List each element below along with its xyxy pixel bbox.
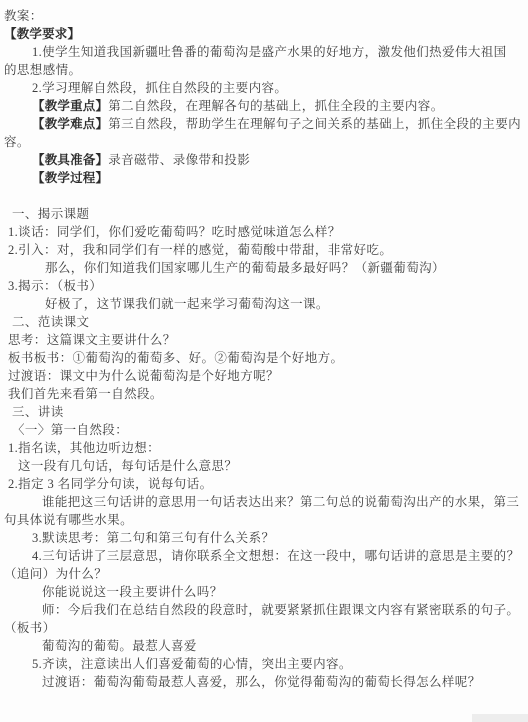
line-text: 过渡语：葡萄沟葡萄最惹人喜爱，那么，你觉得葡萄沟的葡萄长得怎么样呢？ [42, 675, 481, 689]
line-text: 一、揭示课题 [12, 207, 89, 221]
line-text: 4.三句话讲了三层意思，请你联系全文想想：在这一段中，哪句话讲的意思是主要的？ [32, 549, 519, 563]
doc-line: 三、讲读 [0, 403, 528, 421]
line-text: 1.指名读，其他边听边想： [8, 441, 160, 455]
doc-line: 的思想感情。 [0, 61, 528, 79]
doc-line: 过渡语：课文中为什么说葡萄沟是个好地方呢？ [0, 367, 528, 385]
line-text: 师：今后我们在总结自然段的段意时，就要紧紧抓住跟课文内容有紧密联系的句子。 [42, 603, 519, 617]
doc-line: （板书） [0, 619, 528, 637]
doc-line: 容。 [0, 133, 528, 151]
doc-line: 这一段有几句话，每句话是什么意思？ [0, 457, 528, 475]
doc-line: 3.揭示：（板书） [0, 277, 528, 295]
doc-line: 板书板书：①葡萄沟的葡萄多、好。②葡萄沟是个好地方。 [0, 349, 528, 367]
section-label: 【教具准备】 [32, 153, 108, 167]
section-label: 【教学难点】 [32, 117, 108, 131]
doc-line: 教案： [0, 7, 528, 25]
doc-line: 葡萄沟的葡萄。最惹人喜爱 [0, 637, 528, 655]
doc-line: 那么，你们知道我们国家哪儿生产的葡萄最多最好吗？（新疆葡萄沟） [0, 259, 528, 277]
doc-line: 谁能把这三句话讲的意思用一句话表达出来？第二句总的说葡萄沟出产的水果，第三 [0, 493, 528, 511]
line-text: 句具体说有哪些水果。 [4, 513, 133, 527]
line-text: 第二自然段，在理解各句的基础上，抓住全段的主要内容。 [108, 99, 443, 113]
doc-line: （追问）为什么？ [0, 565, 528, 583]
doc-line: 1.使学生知道我国新疆吐鲁番的葡萄沟是盛产水果的好地方，激发他们热爱伟大祖国 [0, 43, 528, 61]
line-text: 的思想感情。 [4, 63, 81, 77]
doc-line: 我们首先来看第一自然段。 [0, 385, 528, 403]
line-text: 葡萄沟的葡萄。最惹人喜爱 [42, 639, 197, 653]
doc-line: 二、范读课文 [0, 313, 528, 331]
line-text: 3.揭示：（板书） [8, 279, 102, 293]
line-text: 第三自然段，帮助学生在理解句子之间关系的基础上，抓住全段的主要内 [108, 117, 521, 131]
scan-artifact [472, 714, 528, 722]
line-text: 你能说说这一段主要讲什么吗？ [42, 585, 223, 599]
line-text: （追问）为什么？ [4, 567, 107, 581]
doc-line [0, 187, 528, 205]
doc-line-heading: 【教具准备】录音磁带、录像带和投影 [0, 151, 528, 169]
line-text: 5.齐读，注意读出人们喜爱葡萄的心情，突出主要内容。 [32, 657, 352, 671]
doc-line: 〈一〉第一自然段： [0, 421, 528, 439]
line-text: 谁能把这三句话讲的意思用一句话表达出来？第二句总的说葡萄沟出产的水果，第三 [42, 495, 519, 509]
line-text: （板书） [4, 621, 56, 635]
lesson-plan-text: 教案：【教学要求】1.使学生知道我国新疆吐鲁番的葡萄沟是盛产水果的好地方，激发他… [0, 7, 528, 691]
doc-line: 句具体说有哪些水果。 [0, 511, 528, 529]
doc-line: 思考：这篇课文主要讲什么？ [0, 331, 528, 349]
line-text: 2.学习理解自然段，抓住自然段的主要内容。 [32, 81, 287, 95]
doc-line: 5.齐读，注意读出人们喜爱葡萄的心情，突出主要内容。 [0, 655, 528, 673]
line-text: 这一段有几句话，每句话是什么意思？ [18, 459, 237, 473]
doc-line: 2.指定 3 名同学分句读，说每句话。 [0, 475, 528, 493]
line-text: 1.使学生知道我国新疆吐鲁番的葡萄沟是盛产水果的好地方，激发他们热爱伟大祖国 [32, 45, 507, 59]
line-text: 我们首先来看第一自然段。 [8, 387, 163, 401]
doc-line-heading: 【教学过程】 [0, 169, 528, 187]
doc-line: 一、揭示课题 [0, 205, 528, 223]
line-text: 那么，你们知道我们国家哪儿生产的葡萄最多最好吗？（新疆葡萄沟） [45, 261, 445, 275]
line-text: 好极了，这节课我们就一起来学习葡萄沟这一课。 [45, 297, 329, 311]
doc-line: 4.三句话讲了三层意思，请你联系全文想想：在这一段中，哪句话讲的意思是主要的？ [0, 547, 528, 565]
line-text: 思考：这篇课文主要讲什么？ [8, 333, 176, 347]
doc-line: 2.引入：对，我和同学们有一样的感觉，葡萄酸中带甜，非常好吃。 [0, 241, 528, 259]
doc-line: 师：今后我们在总结自然段的段意时，就要紧紧抓住跟课文内容有紧密联系的句子。 [0, 601, 528, 619]
doc-line: 过渡语：葡萄沟葡萄最惹人喜爱，那么，你觉得葡萄沟的葡萄长得怎么样呢？ [0, 673, 528, 691]
doc-line-heading: 【教学要求】 [0, 25, 528, 43]
section-label: 【教学要求】 [4, 27, 80, 41]
doc-line-heading: 【教学重点】第二自然段，在理解各句的基础上，抓住全段的主要内容。 [0, 97, 528, 115]
line-text: 二、范读课文 [12, 315, 89, 329]
line-text: 录音磁带、录像带和投影 [108, 153, 250, 167]
doc-line: 2.学习理解自然段，抓住自然段的主要内容。 [0, 79, 528, 97]
line-text: 教案： [4, 9, 43, 23]
doc-line: 你能说说这一段主要讲什么吗？ [0, 583, 528, 601]
doc-line-heading: 【教学难点】第三自然段，帮助学生在理解句子之间关系的基础上，抓住全段的主要内 [0, 115, 528, 133]
line-text: 3.默读思考：第二句和第三句有什么关系？ [32, 531, 274, 545]
line-text: 过渡语：课文中为什么说葡萄沟是个好地方呢？ [8, 369, 279, 383]
line-text: 2.引入：对，我和同学们有一样的感觉，葡萄酸中带甜，非常好吃。 [8, 243, 392, 257]
line-text: 容。 [4, 135, 30, 149]
section-label: 【教学过程】 [32, 171, 108, 185]
section-label: 【教学重点】 [32, 99, 108, 113]
document-page: 教案：【教学要求】1.使学生知道我国新疆吐鲁番的葡萄沟是盛产水果的好地方，激发他… [0, 0, 528, 722]
doc-line: 3.默读思考：第二句和第三句有什么关系？ [0, 529, 528, 547]
line-text: 板书板书：①葡萄沟的葡萄多、好。②葡萄沟是个好地方。 [8, 351, 343, 365]
line-text: 2.指定 3 名同学分句读，说每句话。 [8, 477, 212, 491]
line-text: 〈一〉第一自然段： [12, 423, 128, 437]
line-text: 三、讲读 [12, 405, 64, 419]
doc-line: 1.谈话：同学们，你们爱吃葡萄吗？吃时感觉味道怎么样？ [0, 223, 528, 241]
doc-line: 好极了，这节课我们就一起来学习葡萄沟这一课。 [0, 295, 528, 313]
doc-line: 1.指名读，其他边听边想： [0, 439, 528, 457]
line-text: 1.谈话：同学们，你们爱吃葡萄吗？吃时感觉味道怎么样？ [8, 225, 341, 239]
